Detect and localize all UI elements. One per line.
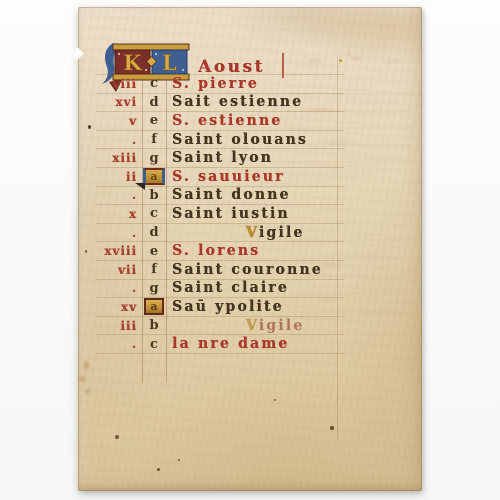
golden-number: . (96, 133, 142, 147)
feast-entry: Vigile (166, 317, 344, 334)
illuminated-initial: a (143, 168, 165, 185)
feast-entry: S. pierre (166, 75, 344, 92)
calendar-row: xvaSaū ypolite (96, 298, 344, 317)
calendar-row: .fSaint olouans (96, 131, 344, 150)
dominical-letter: e (142, 113, 166, 128)
dominical-letter: g (142, 151, 166, 166)
dominical-letter: c (142, 76, 166, 91)
edge-stain (72, 355, 98, 401)
golden-number: xviii (96, 244, 142, 258)
dominical-letter: d (142, 95, 166, 110)
feast-entry: S. estienne (166, 113, 344, 130)
calendar-rows: viiicS. pierrexvidSait estienneveS. esti… (96, 74, 344, 354)
calendar-row: xvidSait estienne (96, 94, 344, 113)
calendar-row: xviiieS. lorens (96, 242, 344, 261)
illuminated-initial: a (144, 298, 164, 315)
golden-number: . (96, 226, 142, 240)
golden-number: vii (96, 263, 142, 277)
calendar-row: .bSaint donne (96, 187, 344, 206)
calendar-row: iiibVigile (96, 317, 344, 336)
dominical-letter: c (142, 206, 166, 221)
feast-entry: Sait estienne (166, 94, 344, 111)
manuscript-leaf: K L Aoust viiicS. pierrexvidSait estienn… (78, 7, 422, 491)
calendar-row: veS. estienne (96, 112, 344, 131)
vellum-speck (88, 125, 91, 129)
golden-number: . (96, 337, 142, 351)
dominical-letter: c (142, 337, 166, 352)
calendar-row: .gSaint claire (96, 280, 344, 299)
vellum-speck (339, 59, 342, 62)
gold-initial: V (246, 224, 259, 241)
calendar-row: iiaS. sauuieur (96, 168, 344, 187)
golden-number: viii (96, 77, 142, 91)
dominical-letter: a (142, 299, 166, 315)
feast-entry: Saint iustin (166, 206, 344, 223)
gold-initial: V (246, 317, 259, 334)
dominical-letter: b (142, 318, 166, 333)
kl-letter-l: L (162, 50, 177, 75)
golden-number: iii (96, 319, 142, 333)
edge-notch (71, 47, 84, 60)
feast-entry: S. lorens (166, 243, 344, 260)
feast-entry: Saint couronne (166, 261, 344, 278)
golden-number: v (96, 114, 142, 128)
vellum-speck (157, 468, 160, 471)
vellum-speck (330, 426, 334, 430)
feast-entry: Saū ypolite (166, 299, 344, 316)
dominical-letter: f (142, 132, 166, 147)
golden-number: . (96, 188, 142, 202)
calendar-row: viiicS. pierre (96, 75, 344, 94)
calendar-row: .cla nre dame (96, 335, 344, 354)
dominical-letter: g (142, 281, 166, 296)
dominical-letter: b (142, 188, 166, 203)
feast-entry: S. sauuieur (166, 168, 344, 185)
calendar-row: xiiigSaint lyon (96, 149, 344, 168)
feast-entry: Saint olouans (166, 131, 344, 148)
golden-number: x (96, 207, 142, 221)
vellum-speck (115, 435, 119, 439)
vellum-speck (85, 250, 87, 253)
vellum-speck (178, 459, 180, 461)
feast-entry: Saint claire (166, 280, 344, 297)
golden-number: xiii (96, 151, 142, 165)
calendar-row: xcSaint iustin (96, 205, 344, 224)
feast-entry: Vigile (166, 224, 344, 241)
dominical-letter: d (142, 225, 166, 240)
dominical-letter: f (142, 262, 166, 277)
calendar-row: .dVigile (96, 224, 344, 243)
kl-letter-k: K (123, 50, 142, 75)
golden-number: . (96, 281, 142, 295)
feast-entry: Saint donne (166, 187, 344, 204)
show-through-mark (290, 49, 410, 71)
vellum-speck (274, 399, 276, 401)
golden-number: xv (96, 300, 142, 314)
dominical-letter: e (142, 244, 166, 259)
feast-entry: la nre dame (166, 336, 344, 353)
product-photo: K L Aoust viiicS. pierrexvidSait estienn… (0, 0, 500, 500)
golden-number: ii (96, 170, 142, 184)
calendar-row: viifSaint couronne (96, 261, 344, 280)
dominical-letter: a (142, 169, 166, 185)
golden-number: xvi (96, 95, 142, 109)
feast-entry: Saint lyon (166, 150, 344, 167)
